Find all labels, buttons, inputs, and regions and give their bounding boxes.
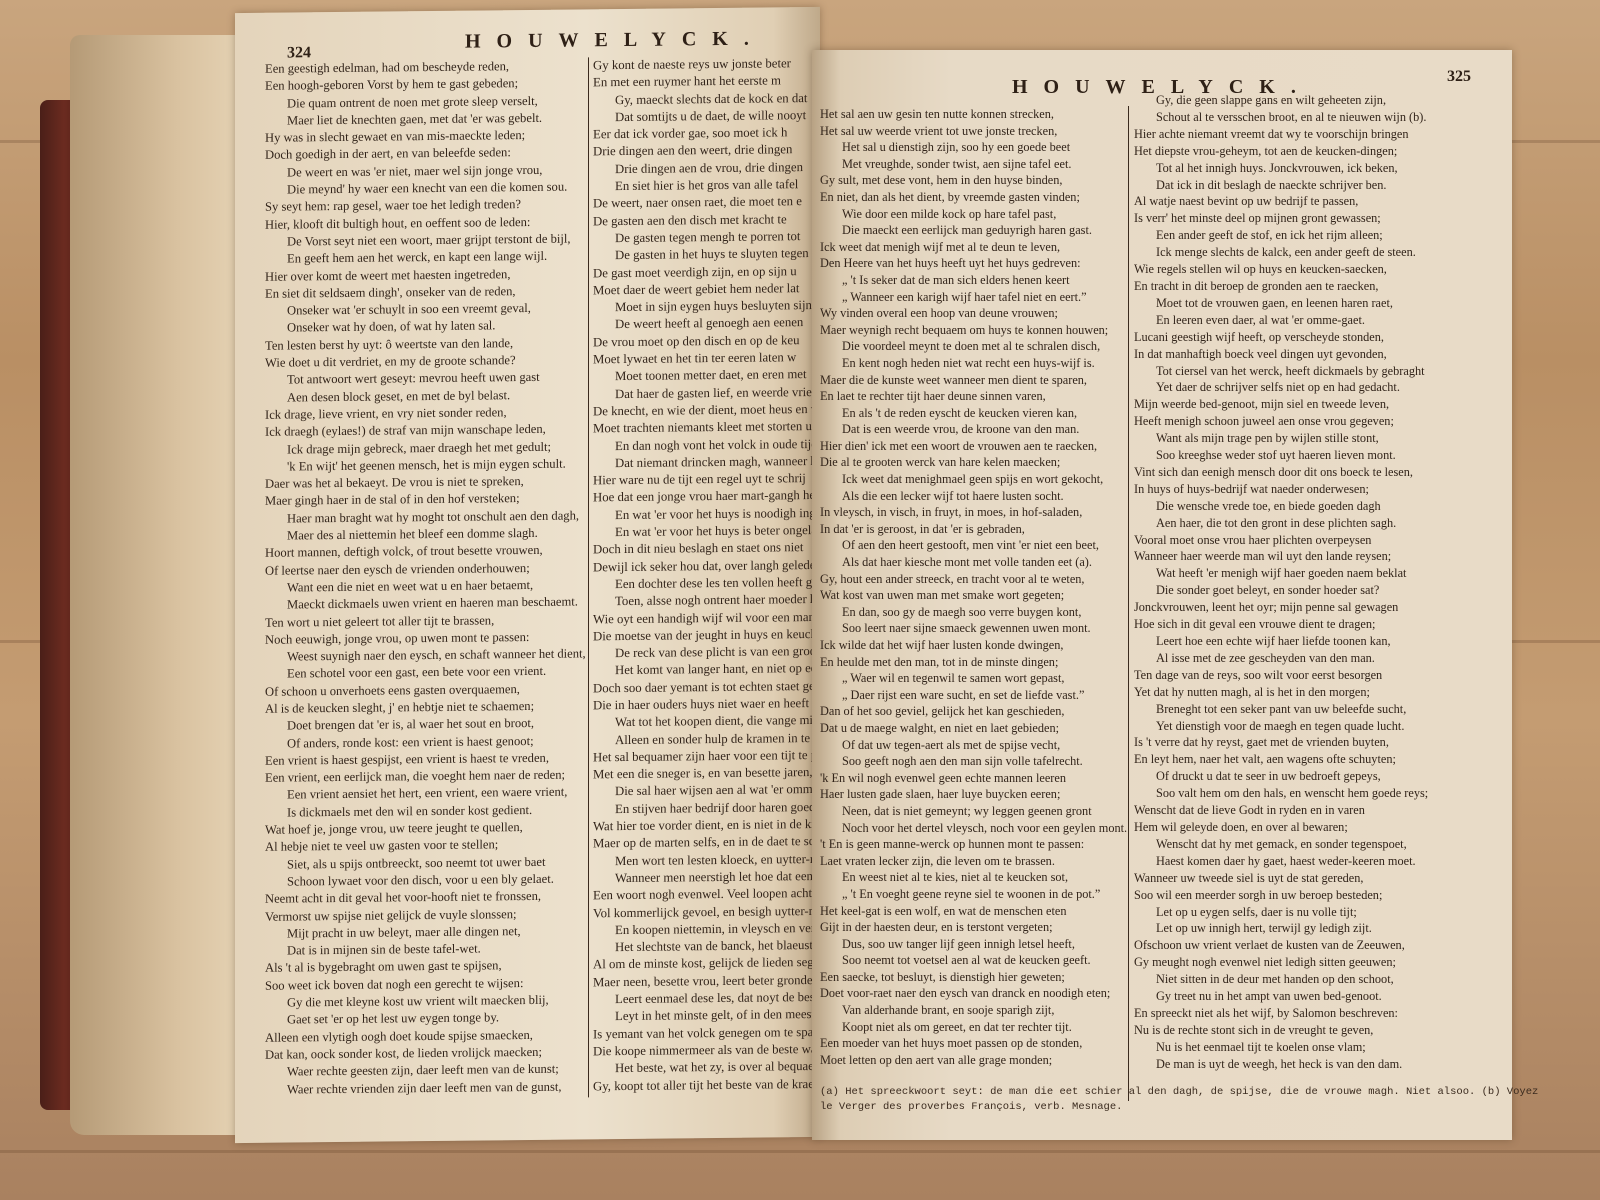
verse-line: 'k En wijt' het geenen mensch, het is mi… — [265, 455, 587, 476]
verse-line: En heulde met den man, tot in de minste … — [820, 654, 1130, 671]
verse-line: En geeft hem aen het werck, en kapt een … — [265, 248, 587, 269]
verse-line: Moet letten op den aert van alle grage m… — [820, 1052, 1130, 1069]
verse-line: Soo neemt tot voetsel aen al wat de keuc… — [820, 952, 1130, 969]
verse-line: Breneght tot een seker pant van uw belee… — [1134, 701, 1474, 718]
verse-line: Tot ciersel van het werck, heeft dickmae… — [1134, 363, 1474, 380]
verse-line: Gijt in der haesten deur, en is terstont… — [820, 919, 1130, 936]
verse-line: Ick weet dat menighmael geen spijs en wo… — [820, 471, 1130, 488]
verse-line: Is 't verre dat hy reyst, gaet met de vr… — [1134, 734, 1474, 751]
table-plank — [0, 1150, 1600, 1153]
verse-line: „ Daer rijst een ware sucht, en set de l… — [820, 687, 1130, 704]
verse-line: Maeckt dickmaels uwen vrient en haeren m… — [265, 594, 587, 615]
verse-line: De gasten in het huys te sluyten tegen — [593, 245, 818, 265]
verse-line: Van alderhande brant, en sooje sparigh z… — [820, 1002, 1130, 1019]
verse-line: En dan nogh vont het volck in oude tijde… — [593, 435, 818, 455]
verse-line: Vint sich dan eenigh mensch door dit ons… — [1134, 464, 1474, 481]
verse-line: Drie dingen aen den weert, drie dingen — [593, 141, 818, 161]
verse-line: Gy, maeckt slechts dat de kock en dat — [593, 90, 818, 110]
verse-line: Die sonder goet beleyt, en sonder hoeder… — [1134, 582, 1474, 599]
verse-line: Yet dat hy nutten magh, al is het in den… — [1134, 684, 1474, 701]
verse-line: In dat manhaftigh boeck veel dingen uyt … — [1134, 346, 1474, 363]
verse-line: Een saecke, tot besluyt, is dienstigh hi… — [820, 969, 1130, 986]
verse-line: Haer lusten gade slaen, haer luye buycke… — [820, 786, 1130, 803]
verse-line: De weert heeft al genoegh aen eenen — [593, 314, 818, 334]
right-page-column-2: Gy, die geen slappe gans en wilt geheete… — [1134, 92, 1474, 1073]
verse-line: Leert hoe een echte wijf haer liefde too… — [1134, 633, 1474, 650]
verse-line: Die al te grooten werck van hare kelen m… — [820, 454, 1130, 471]
left-page-column-1: Een geestigh edelman, had om bescheyde r… — [265, 57, 587, 1098]
verse-line: Het keel-gat is een wolf, en wat de mens… — [820, 903, 1130, 920]
verse-line: Ick menge slechts de kalck, een ander ge… — [1134, 244, 1474, 261]
right-page: HOUWELYCK. 325 Het sal aen uw gesin ten … — [812, 50, 1512, 1140]
verse-line: Ten dage van de reys, soo wilt voor eers… — [1134, 667, 1474, 684]
verse-line: Schout al te versschen broot, en al te n… — [1134, 109, 1474, 126]
verse-line: Wanneer uw tweede siel is uyt de stat ge… — [1134, 870, 1474, 887]
verse-line: Hem wil geleyde doen, en over al bewaren… — [1134, 819, 1474, 836]
verse-line: Al watje naest bevint op uw bedrijf te p… — [1134, 193, 1474, 210]
verse-line: Nu is het eenmael tijt te koelen onse vl… — [1134, 1039, 1474, 1056]
verse-line: Want als mijn trage pen by wijlen stille… — [1134, 430, 1474, 447]
verse-line: Haest komen daer hy gaet, haest weder-ke… — [1134, 853, 1474, 870]
verse-line: En spreeckt niet als het wijf, by Salomo… — [1134, 1005, 1474, 1022]
verse-line: Is verr' het minste deel op mijnen gront… — [1134, 210, 1474, 227]
verse-line: Den Heere van het huys heeft uyt het huy… — [820, 255, 1130, 272]
verse-line: Dan of het soo geviel, gelijck het kan g… — [820, 703, 1130, 720]
verse-line: Niet sitten in de deur met handen op den… — [1134, 971, 1474, 988]
verse-line: Is yemant van het volck genegen om te sp… — [593, 1024, 818, 1044]
verse-line: Heeft menigh schoon juweel aen onse vrou… — [1134, 413, 1474, 430]
verse-line: Laet vraten lecker zijn, die leven om te… — [820, 853, 1130, 870]
verse-line: Al om de minste kost, gelijck de lieden … — [593, 954, 818, 974]
verse-line: Gy, koopt tot aller tijt het beste van d… — [593, 1075, 818, 1095]
verse-line: Leyt in het minste gelt, of in den meest… — [593, 1006, 818, 1026]
verse-line: Gy treet nu in het ampt van uwen bed-gen… — [1134, 988, 1474, 1005]
verse-line: Let op u eygen selfs, daer is nu volle t… — [1134, 904, 1474, 921]
verse-line: Wenscht dat de lieve Godt in ryden en in… — [1134, 802, 1474, 819]
verse-line: Hier achte niemant vreemt dat wy te voor… — [1134, 126, 1474, 143]
verse-line: Soo geeft nogh aen den man sijn volle ta… — [820, 753, 1130, 770]
verse-line: Lucani geestigh wijf heeft, op verscheyd… — [1134, 329, 1474, 346]
page-number-right: 325 — [1447, 68, 1471, 86]
verse-line: Soo valt hem om den hals, en wenscht hem… — [1134, 785, 1474, 802]
verse-line: Als die een lecker wijf tot haere lusten… — [820, 488, 1130, 505]
verse-line: Wie oyt een handigh wijf wil voor een ma… — [593, 608, 818, 628]
verse-line: Ofschoon uw vrient verlaet de kusten van… — [1134, 937, 1474, 954]
verse-line: Toen, alsse nogh ontrent haer moeder hee… — [593, 591, 818, 611]
verse-line: Gy sult, met dese vont, hem in den huyse… — [820, 172, 1130, 189]
verse-line: Wie regels stellen wil op huys en keucke… — [1134, 261, 1474, 278]
verse-line: In vleysch, in visch, in fruyt, in moes,… — [820, 504, 1130, 521]
verse-line: En leyt hem, naer het valt, aen wagens o… — [1134, 751, 1474, 768]
verse-line: Als dat haer kiesche mont met volle tand… — [820, 554, 1130, 571]
verse-line: Soo kreeghse weder stof uyt haeren lieve… — [1134, 447, 1474, 464]
verse-line: Yet daer de schrijver selfs niet op en h… — [1134, 379, 1474, 396]
verse-line: Het diepste vrou-geheym, tot aen de keuc… — [1134, 143, 1474, 160]
verse-line: En niet, dan als het dient, by vreemde g… — [820, 189, 1130, 206]
verse-line: „ 't En voeght geene reyne siel te woone… — [820, 886, 1130, 903]
verse-line: Moet tot de vrouwen gaen, en leenen hare… — [1134, 295, 1474, 312]
verse-line: Vooral moet onse vrou haer plichten over… — [1134, 532, 1474, 549]
verse-line: Moet trachten niemants kleet met storten… — [593, 418, 818, 438]
verse-line: Maer liet de knechten gaen, met dat 'er … — [265, 109, 587, 130]
verse-line: Let op uw innigh hert, terwijl gy ledigh… — [1134, 920, 1474, 937]
verse-line: Ick wilde dat het wijf haer lusten konde… — [820, 637, 1130, 654]
verse-line: Wenscht dat hy met gemack, en sonder teg… — [1134, 836, 1474, 853]
verse-line: Waer rechte vrienden zijn daer leeft men… — [265, 1078, 587, 1099]
verse-line: „ Wanneer een karigh wijf haer tafel nie… — [820, 289, 1130, 306]
verse-line: Die wensche vrede toe, en biede goeden d… — [1134, 498, 1474, 515]
verse-line: Wy vinden overal een hoop van deune vrou… — [820, 305, 1130, 322]
verse-line: Koopt niet als om gereet, en dat ter rec… — [820, 1019, 1130, 1036]
verse-line: Maer weynigh recht bequaem om huys te ko… — [820, 322, 1130, 339]
verse-line: Al isse met de zee gescheyden van den ma… — [1134, 650, 1474, 667]
verse-line: „ Waer wil en tegenwil te samen wort gep… — [820, 670, 1130, 687]
verse-line: Een woort nogh evenwel. Veel loopen acht… — [593, 885, 818, 905]
verse-line: Noch voor het dertel vleysch, noch voor … — [820, 820, 1130, 837]
verse-line: Een vrient aensiet het hert, een vrient,… — [265, 784, 587, 805]
verse-line: De man is uyt de weegh, het heck is van … — [1134, 1056, 1474, 1073]
verse-line: Een ander geeft de stof, en ick het rijm… — [1134, 227, 1474, 244]
verse-line: Haer man braght wat hy moght tot onschul… — [265, 507, 587, 528]
verse-line: Een schotel voor een gast, een bete voor… — [265, 663, 587, 684]
right-page-column-1: Het sal aen uw gesin ten nutte konnen st… — [820, 106, 1130, 1068]
left-page: 324 HOUWELYCK. Een geestigh edelman, had… — [235, 7, 820, 1143]
verse-line: Jonckvrouwen, leent het oyr; mijn penne … — [1134, 599, 1474, 616]
verse-line: Dat ick in dit beslagh de naeckte schrij… — [1134, 177, 1474, 194]
verse-line: Hoe sich in dit geval een vrouwe dient t… — [1134, 616, 1474, 633]
verse-line: Het sal aen uw gesin ten nutte konnen st… — [820, 106, 1130, 123]
verse-line: Vol kommerlijck gevoel, en besigh uytter… — [593, 903, 818, 923]
verse-line: Die voordeel meynt te doen met al te sch… — [820, 338, 1130, 355]
verse-line: Aen haer, die tot den gront in dese plic… — [1134, 515, 1474, 532]
verse-line: Ick weet dat menigh wijf met al te deun … — [820, 239, 1130, 256]
verse-line: Of dat uw tegen-aert als met de spijse v… — [820, 737, 1130, 754]
verse-line: Gy, die geen slappe gans en wilt geheete… — [1134, 92, 1474, 109]
verse-line: Hier dien' ick met een woort de vrouwen … — [820, 438, 1130, 455]
verse-line: Mijn weerde bed-genoot, mijn siel en twe… — [1134, 396, 1474, 413]
verse-line: Maer die de kunste weet wanneer men dien… — [820, 372, 1130, 389]
verse-line: En als 't de reden eyscht de keucken vie… — [820, 405, 1130, 422]
verse-line: En kent nogh heden niet wat recht een hu… — [820, 355, 1130, 372]
verse-line: Gy kont de naeste reys uw jonste beter — [593, 55, 818, 75]
verse-line: Met vreughde, sonder twist, aen sijne ta… — [820, 156, 1130, 173]
verse-line: En tracht in dit beroep de gronden aen t… — [1134, 278, 1474, 295]
verse-line: Dewijl ick seker hou dat, over langh gel… — [593, 557, 818, 577]
verse-line: Hoe dat een jonge vrou haer mart-gangh h… — [593, 487, 818, 507]
column-divider — [1128, 106, 1129, 1101]
verse-line: Dus, soo uw tanger lijf geen innigh lets… — [820, 936, 1130, 953]
verse-line: Wanneer haer weerde man wil uyt den land… — [1134, 548, 1474, 565]
book-page-edges — [70, 35, 250, 1135]
running-head-left: HOUWELYCK. — [465, 28, 765, 54]
verse-line: Tot antwoort wert geseyt: mevrou heeft u… — [265, 369, 587, 390]
verse-line: Wat heeft 'er menigh wijf haer goeden na… — [1134, 565, 1474, 582]
verse-line: Het komt van langer hant, en niet op een… — [593, 660, 818, 680]
verse-line: Wat tot het koopen dient, die vange minn… — [593, 712, 818, 732]
verse-line: Soo wil een meerder sorgh in uw beroep b… — [1134, 887, 1474, 904]
verse-line: Wat kost van uwen man met smake wort geg… — [820, 587, 1130, 604]
verse-line: Dat u de maege walght, en niet en laet g… — [820, 720, 1130, 737]
verse-line: „ 't Is seker dat de man sich elders hen… — [820, 272, 1130, 289]
verse-line: Gy meught nogh evenwel niet ledigh sitte… — [1134, 954, 1474, 971]
verse-line: En leeren even daer, al wat 'er omme-gae… — [1134, 312, 1474, 329]
verse-line: Doch in dit nieu beslagh en staet ons ni… — [593, 539, 818, 559]
verse-line: Die sal haer wijsen aen al wat 'er ommeg… — [593, 781, 818, 801]
verse-line: Het sal uw weerde vrient tot uwe jonste … — [820, 123, 1130, 140]
verse-line: Neemt acht in dit geval het voor-hooft n… — [265, 888, 587, 909]
footnote-a: (a) Het spreeckwoort seyt: de man die ee… — [820, 1085, 1538, 1100]
verse-line: Maer op de marten selfs, en in de daet t… — [593, 833, 818, 853]
verse-line: De weert, naer onsen raet, die moet ten … — [593, 193, 818, 213]
verse-line: Alleen en sonder hulp de kramen in te ga… — [593, 730, 818, 750]
verse-line: Tot al het innigh huys. Jonckvrouwen, ic… — [1134, 160, 1474, 177]
footnotes: (a) Het spreeckwoort seyt: de man die ee… — [820, 1085, 1538, 1115]
verse-line: Nu is de rechte stont sich in de vreught… — [1134, 1022, 1474, 1039]
verse-line: De gast moet veerdigh zijn, en op sijn u — [593, 263, 818, 283]
verse-line: En weest niet al te kies, niet al te keu… — [820, 869, 1130, 886]
column-divider — [588, 57, 589, 1097]
footnote-b: le Verger des proverbes François, verb. … — [820, 1100, 1538, 1115]
verse-line: 't En is geen manne-werck op hunnen mont… — [820, 836, 1130, 853]
verse-line: In huys of huys-bedrijf wat naeder onder… — [1134, 481, 1474, 498]
verse-line: Gy, hout een ander streeck, en tracht vo… — [820, 571, 1130, 588]
verse-line: Het sal u dienstigh zijn, soo hy een goe… — [820, 139, 1130, 156]
verse-line: En dan, soo gy de maegh soo verre buygen… — [820, 604, 1130, 621]
verse-line: Soo leert naer sijne smaeck gewennen uwe… — [820, 620, 1130, 637]
verse-line: Die maeckt een eerlijck man geduyrigh ha… — [820, 222, 1130, 239]
verse-line: Of aen den heert gestooft, men vint 'er … — [820, 537, 1130, 554]
verse-line: Doet voor-raet naer den eysch van dranck… — [820, 985, 1130, 1002]
verse-line: In dat 'er is geroost, in dat 'er is geb… — [820, 521, 1130, 538]
verse-line: 'k En wil nogh evenwel geen echte mannen… — [820, 770, 1130, 787]
verse-line: Een moeder van het huys moet passen op d… — [820, 1035, 1130, 1052]
verse-line: Het beste, wat het zy, is over al bequae… — [593, 1058, 818, 1078]
left-page-column-2: Gy kont de naeste reys uw jonste beterEn… — [593, 55, 818, 1095]
verse-line: Hoort mannen, deftigh volck, of trout be… — [265, 542, 587, 563]
verse-line: Of druckt u dat te seer in uw bedroeft g… — [1134, 768, 1474, 785]
verse-line: En laet te rechter tijt haer deune sinne… — [820, 388, 1130, 405]
verse-line: Yet dienstigh voor de maegh en tegen qua… — [1134, 718, 1474, 735]
verse-line: Neen, dat is niet gemeynt; wy leggen gee… — [820, 803, 1130, 820]
verse-line: Wie door een milde kock op hare tafel pa… — [820, 206, 1130, 223]
verse-line: Dat is een weerde vrou, de kroone van de… — [820, 421, 1130, 438]
verse-line: Moet toonen metter daet, en eren met — [593, 366, 818, 386]
